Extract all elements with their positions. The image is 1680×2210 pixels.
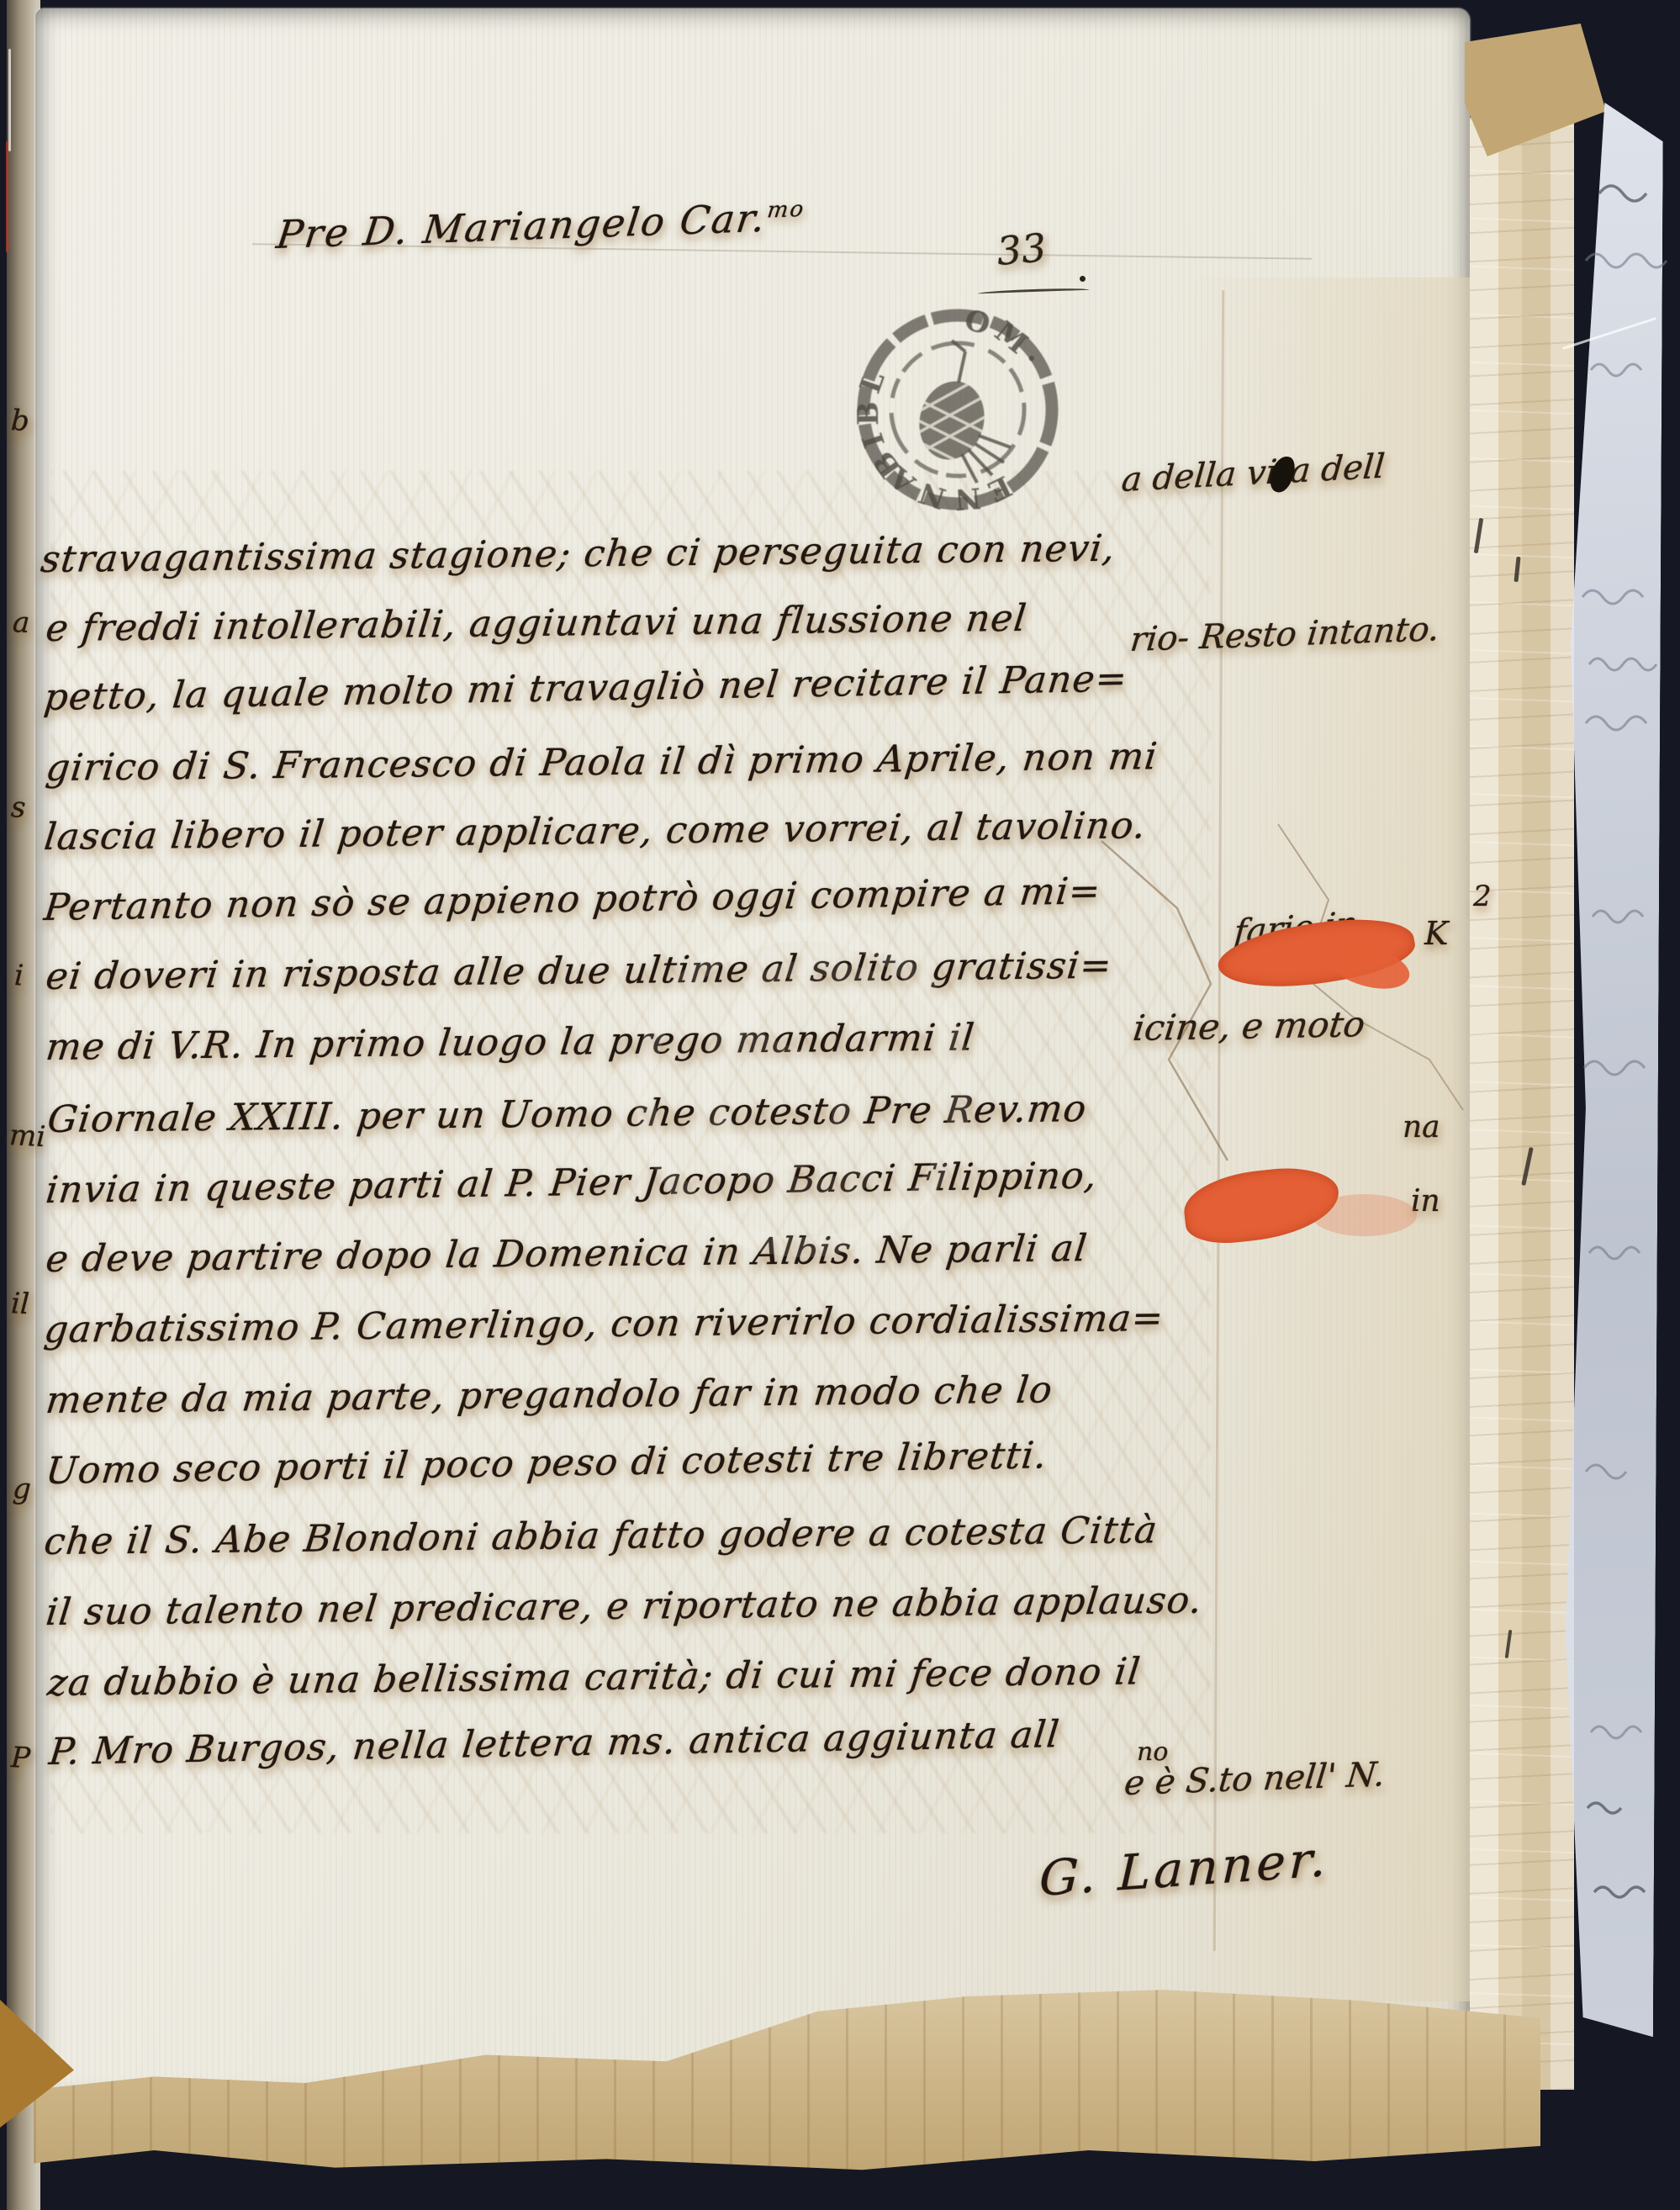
- gutter-fragment: mi: [8, 1118, 46, 1154]
- gutter-fragment: g: [12, 1472, 32, 1506]
- library-stamp: OM· BIBL ENNA: [851, 303, 1065, 516]
- gutter-fragment: b: [10, 404, 30, 438]
- gutter-fragment: il: [10, 1287, 30, 1321]
- margin-fragment: icine, e moto: [1131, 1003, 1367, 1049]
- pinecone-icon: [910, 341, 1011, 483]
- library-watermark: S: [618, 904, 988, 1274]
- margin-fragment: na: [1403, 1110, 1440, 1145]
- bleed-through-script: [1574, 160, 1677, 2060]
- addressee-abbrev: mo: [766, 197, 806, 224]
- gutter-fragment: i: [13, 959, 24, 993]
- folio-dot: [1080, 276, 1086, 282]
- margin-fragment: K: [1424, 915, 1448, 952]
- scan-streak-red: [6, 141, 8, 252]
- gutter-fragment: a: [12, 605, 30, 640]
- wax-smear: [1312, 1194, 1417, 1236]
- folio-number: 33: [995, 225, 1048, 274]
- stamp-text-top: OM·: [961, 304, 1050, 377]
- page-edges-stack: [1470, 118, 1574, 2090]
- binding-board-corner: [1465, 24, 1606, 156]
- gutter-fragment: P: [10, 1741, 31, 1775]
- scanned-manuscript-page: 2 Pre D. Mariangelo Car.mo 33 OM· BIBL E…: [0, 0, 1680, 2210]
- gutter-fragment: s: [10, 790, 27, 825]
- scan-streak: [8, 49, 11, 151]
- svg-text:OM·: OM·: [961, 304, 1050, 377]
